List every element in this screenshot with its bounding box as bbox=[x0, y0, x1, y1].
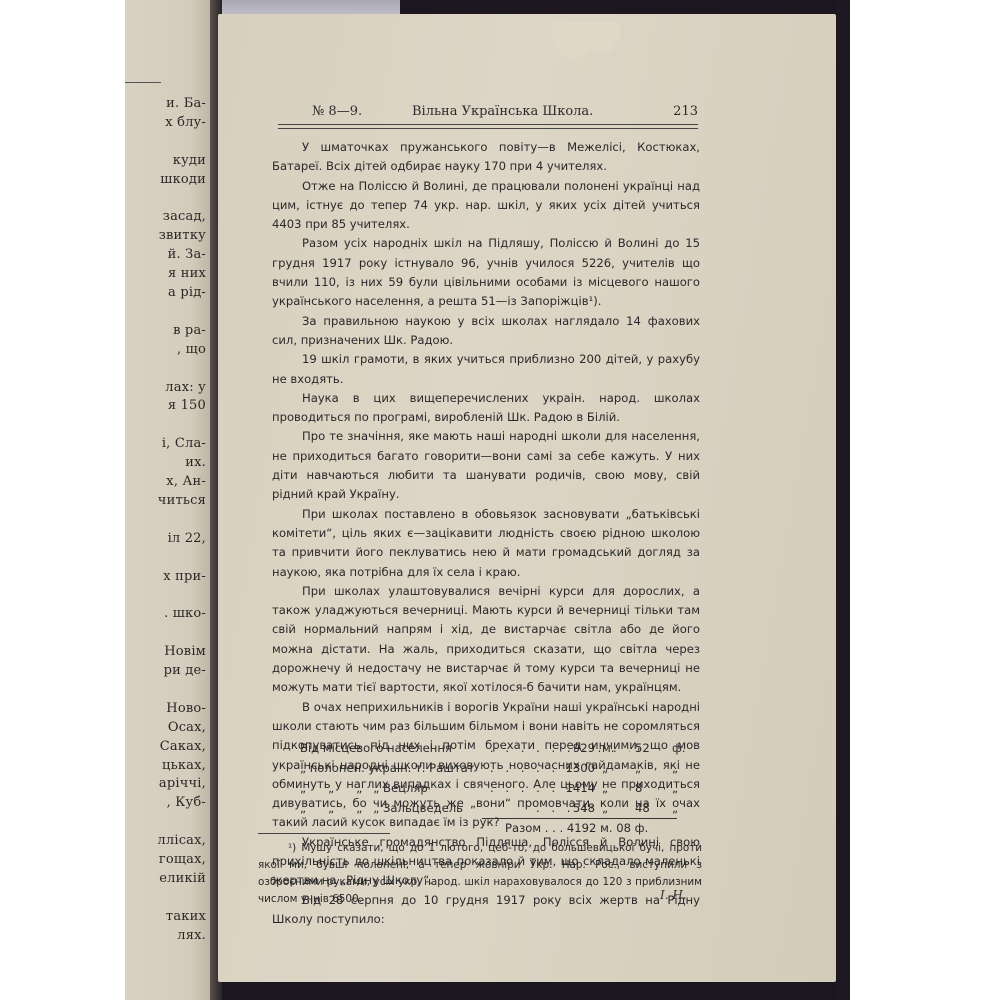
left-page-line: их. bbox=[185, 455, 206, 470]
donation-row: „ полонен. украін. т. Раштат . . . . . .… bbox=[300, 758, 685, 778]
donation-unit: „ bbox=[602, 798, 608, 818]
left-page-line: х при- bbox=[163, 569, 206, 584]
paragraph: При школах поставлено в обовьязок заснов… bbox=[272, 505, 700, 582]
left-page-line: в ра- bbox=[173, 323, 206, 338]
donation-unit: м. bbox=[602, 738, 614, 758]
left-page-line: й. За- bbox=[168, 247, 206, 262]
donation-unit2: ф. bbox=[672, 738, 686, 758]
page-number: 213 bbox=[673, 104, 698, 119]
leader-dots: . . . . . . bbox=[490, 758, 630, 778]
left-page-line: цьках, bbox=[162, 758, 206, 773]
donation-source: Від місцевого населення bbox=[300, 738, 452, 758]
left-page-line: звитку bbox=[159, 228, 206, 243]
paragraph: 19 шкіл грамоти, в яких учиться приблизн… bbox=[272, 350, 700, 389]
left-page-line: гощах, bbox=[159, 852, 206, 867]
donation-unit2: „ bbox=[672, 778, 678, 798]
left-page-line: аріччі, bbox=[159, 776, 206, 791]
paragraph: При школах улаштовувалися вечірні курси … bbox=[272, 582, 700, 698]
header-double-rule bbox=[278, 124, 698, 129]
donation-row: „ „ „ „ Зальцведель . . . : 548 „ 48 „ bbox=[300, 798, 685, 818]
left-page-line: , що bbox=[177, 342, 206, 357]
left-page-line: еликій bbox=[159, 871, 206, 886]
left-page: и. Ба-х блу-кудишкодизасад,звиткуй. За-я… bbox=[125, 0, 218, 1000]
dark-edge bbox=[836, 0, 850, 1000]
left-page-line: . шко- bbox=[164, 606, 206, 621]
left-page-line: читься bbox=[158, 493, 206, 508]
left-page-line: Ново- bbox=[166, 701, 206, 716]
issue-number: № 8—9. bbox=[312, 104, 362, 119]
paragraph: Про те значіння, яке мають наші народні … bbox=[272, 427, 700, 504]
paragraph: За правильною наукою у всіх школах нагля… bbox=[272, 312, 700, 351]
left-page-line: таких bbox=[166, 909, 206, 924]
left-page-line: лах: у bbox=[165, 380, 206, 395]
donation-unit2: „ bbox=[672, 758, 678, 778]
left-page-line: куди bbox=[173, 153, 206, 168]
donation-fraction: 48 bbox=[635, 798, 650, 818]
footnote-text: ¹) Мушу сказати, що до 1 лютого, цеб-то,… bbox=[258, 840, 702, 908]
leader-dots: . . . . . . bbox=[490, 778, 630, 798]
donation-unit: „ bbox=[602, 778, 608, 798]
donation-amount: 548 bbox=[573, 798, 595, 818]
donation-source: „ „ „ „ Зальцведель bbox=[300, 798, 463, 818]
paragraph: У шматочках пружанського повіту—в Межелі… bbox=[272, 138, 700, 177]
donation-amount: 929 bbox=[573, 738, 595, 758]
donation-amount: 1300 bbox=[565, 758, 595, 778]
donation-fraction: „ bbox=[635, 758, 641, 778]
donation-fraction: 8 bbox=[635, 778, 642, 798]
donation-row: „ „ „ „ Вецляр . . . . . . 1414 „ 8 „ bbox=[300, 778, 685, 798]
paragraph: Наука в цих вищеперечислених украін. нар… bbox=[272, 389, 700, 428]
donation-unit: „ bbox=[602, 758, 608, 778]
journal-title: Вільна Українська Школа. bbox=[412, 104, 593, 119]
left-page-line: і, Сла- bbox=[162, 436, 206, 451]
paragraph: Разом усіх народніх шкіл на Підляшу, Пол… bbox=[272, 234, 700, 311]
torn-corner bbox=[550, 22, 620, 60]
left-page-line: ллісах, bbox=[157, 833, 206, 848]
left-page-line: ри де- bbox=[164, 663, 206, 678]
donation-amount: 1414 bbox=[565, 778, 595, 798]
paragraph: Отже на Поліссю й Волині, де працювали п… bbox=[272, 177, 700, 235]
donations-table: Від місцевого населення . . . . . . . . … bbox=[300, 738, 685, 818]
footnote: ¹) Мушу сказати, що до 1 лютого, цеб-то,… bbox=[258, 840, 702, 908]
donation-unit2: „ bbox=[672, 798, 678, 818]
donation-row: Від місцевого населення . . . . . . . . … bbox=[300, 738, 685, 758]
donation-source: „ „ „ „ Вецляр bbox=[300, 778, 428, 798]
donation-source: „ полонен. украін. т. Раштат bbox=[300, 758, 474, 778]
left-page-line: Осах, bbox=[168, 720, 206, 735]
left-page-line: Саках, bbox=[160, 739, 206, 754]
donation-fraction: 52 bbox=[635, 738, 650, 758]
left-page-line: я 150 bbox=[168, 398, 206, 413]
left-page-line: лях. bbox=[177, 928, 206, 943]
left-page-line: іл 22, bbox=[168, 531, 206, 546]
donations-total: Разом . . . 4192 м. 08 ф. bbox=[505, 818, 648, 838]
left-page-line: х, Ан- bbox=[166, 474, 206, 489]
left-page-line: а рід- bbox=[168, 285, 206, 300]
left-page-line: я них bbox=[168, 266, 206, 281]
author-signature: І. Н. bbox=[660, 888, 687, 902]
left-page-line: Новім bbox=[164, 644, 206, 659]
left-page-line: , Куб- bbox=[167, 795, 206, 810]
left-page-line: и. Ба- bbox=[166, 96, 206, 111]
left-page-line: шкоди bbox=[160, 172, 206, 187]
left-page-line: х блу- bbox=[165, 115, 206, 130]
left-header-rule bbox=[125, 82, 161, 83]
footnote-rule bbox=[258, 833, 390, 834]
left-page-line: засад, bbox=[163, 209, 206, 224]
